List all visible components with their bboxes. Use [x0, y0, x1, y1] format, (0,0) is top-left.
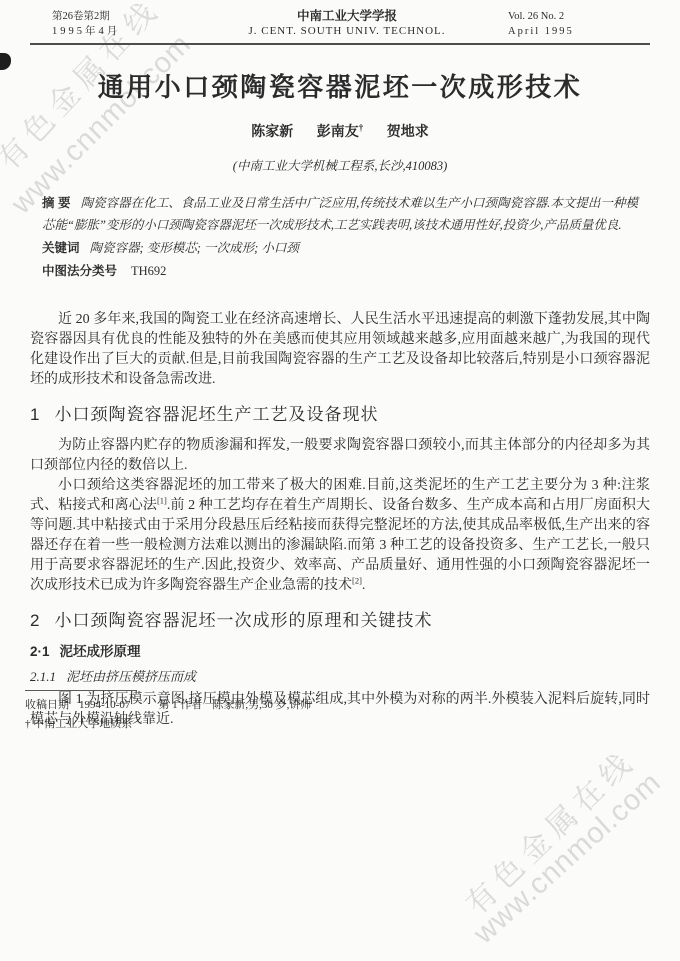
footnote-line-dagger: † 中南工业大学地质系 [25, 715, 465, 734]
date-cn: 1995年4月 [52, 24, 202, 39]
journal-name-en: J. CENT. SOUTH UNIV. TECHNOL. [202, 24, 492, 39]
section-1-paragraph-1: 为防止容器内贮存的物质渗漏和挥发,一般要求陶瓷容器口颈较小,而其主体部分的内径却… [30, 436, 650, 476]
journal-header: 第26卷第2期 1995年4月 中南工业大学学报 J. CENT. SOUTH … [0, 0, 680, 39]
abstract-label: 摘 要 [42, 196, 71, 210]
volume-issue-cn: 第26卷第2期 [52, 9, 202, 24]
header-volume-issue-cn: 第26卷第2期 1995年4月 [28, 9, 202, 39]
abstract-block: 摘 要陶瓷容器在化工、食品工业及日常生活中广泛应用,传统技术难以生产小口颈陶瓷容… [42, 193, 638, 283]
keywords-line: 关键词陶瓷容器; 变形模芯; 一次成形; 小口颈 [42, 238, 638, 260]
clc-line: 中图法分类号TH692 [42, 261, 638, 283]
volume-issue-en: Vol. 26 No. 2 [508, 9, 648, 24]
footnote-rule [25, 690, 137, 691]
section-2-title: 小口颈陶瓷容器泥坯一次成形的原理和关键技术 [54, 611, 432, 630]
first-author-label: 第 1 作者 [158, 699, 202, 711]
received-date-label: 收稿日期 [25, 699, 69, 711]
paragraph-text: . [362, 578, 366, 593]
watermark-site-url: www.cnnmol.com [468, 766, 668, 951]
author-3: 贺地求 [387, 125, 429, 140]
author-2-name: 彭南友 [317, 125, 359, 140]
journal-name: 中南工业大学学报 J. CENT. SOUTH UNIV. TECHNOL. [202, 9, 492, 39]
clc-number: TH692 [131, 264, 166, 278]
abstract-paragraph: 摘 要陶瓷容器在化工、食品工业及日常生活中广泛应用,传统技术难以生产小口颈陶瓷容… [42, 193, 638, 237]
abstract-text: 陶瓷容器在化工、食品工业及日常生活中广泛应用,传统技术难以生产小口颈陶瓷容器.本… [42, 196, 638, 232]
intro-paragraph: 近 20 多年来,我国的陶瓷工业在经济高速增长、人民生活水平迅速提高的刺激下蓬勃… [30, 310, 650, 390]
affiliation: (中南工业大学机械工程系,长沙,410083) [0, 156, 680, 174]
first-author-info: 陈家新,男,30 岁,讲师 [212, 699, 311, 711]
author-2: 彭南友† [317, 125, 364, 140]
author-list: 陈家新 彭南友† 贺地求 [0, 121, 680, 141]
reference-mark-2: [2] [352, 575, 362, 585]
section-2-1-title: 泥坯成形原理 [60, 644, 141, 659]
received-date: 1994-10-07 [79, 699, 130, 711]
header-rule [30, 43, 650, 45]
section-2-1-1-heading: 2.1.1泥坯由挤压模挤压而成 [30, 667, 650, 687]
section-2-heading: 2小口颈陶瓷容器泥坯一次成形的原理和关键技术 [30, 611, 650, 631]
keywords-label: 关键词 [42, 241, 80, 255]
author-2-dagger-mark: † [359, 122, 364, 132]
section-2-1-1-number: 2.1.1 [30, 669, 56, 684]
watermark-site-name: 有色金属在线 [454, 737, 644, 923]
section-2-1-heading: 2·1泥坯成形原理 [30, 642, 650, 662]
clc-label: 中图法分类号 [42, 264, 117, 278]
section-2-1-number: 2·1 [30, 644, 50, 659]
section-2-number: 2 [30, 611, 40, 630]
keywords-text: 陶瓷容器; 变形模芯; 一次成形; 小口颈 [90, 241, 299, 255]
footnote-block: 收稿日期1994-10-07第 1 作者陈家新,男,30 岁,讲师 † 中南工业… [25, 690, 465, 734]
header-volume-issue-en: Vol. 26 No. 2 April 1995 [492, 9, 648, 39]
footnote-line-received: 收稿日期1994-10-07第 1 作者陈家新,男,30 岁,讲师 [25, 696, 465, 715]
author-1: 陈家新 [251, 125, 293, 140]
journal-name-cn: 中南工业大学学报 [202, 9, 492, 24]
scanned-paper-page: 有色金属在线 www.cnnmol.com 有色金属在线 www.cnnmol.… [0, 0, 680, 961]
article-title: 通用小口颈陶瓷容器泥坯一次成形技术 [0, 67, 680, 104]
article-body: 近 20 多年来,我国的陶瓷工业在经济高速增长、人民生活水平迅速提高的刺激下蓬勃… [30, 310, 650, 730]
section-1-paragraph-2: 小口颈给这类容器泥坯的加工带来了极大的困难.目前,这类泥坯的生产工艺主要分为 3… [30, 476, 650, 596]
section-1-number: 1 [30, 405, 40, 424]
reference-mark-1: [1] [157, 495, 167, 505]
section-1-title: 小口颈陶瓷容器泥坯生产工艺及设备现状 [54, 405, 378, 424]
section-1-heading: 1小口颈陶瓷容器泥坯生产工艺及设备现状 [30, 405, 650, 425]
section-2-1-1-title: 泥坯由挤压模挤压而成 [66, 669, 196, 684]
date-en: April 1995 [508, 24, 648, 39]
